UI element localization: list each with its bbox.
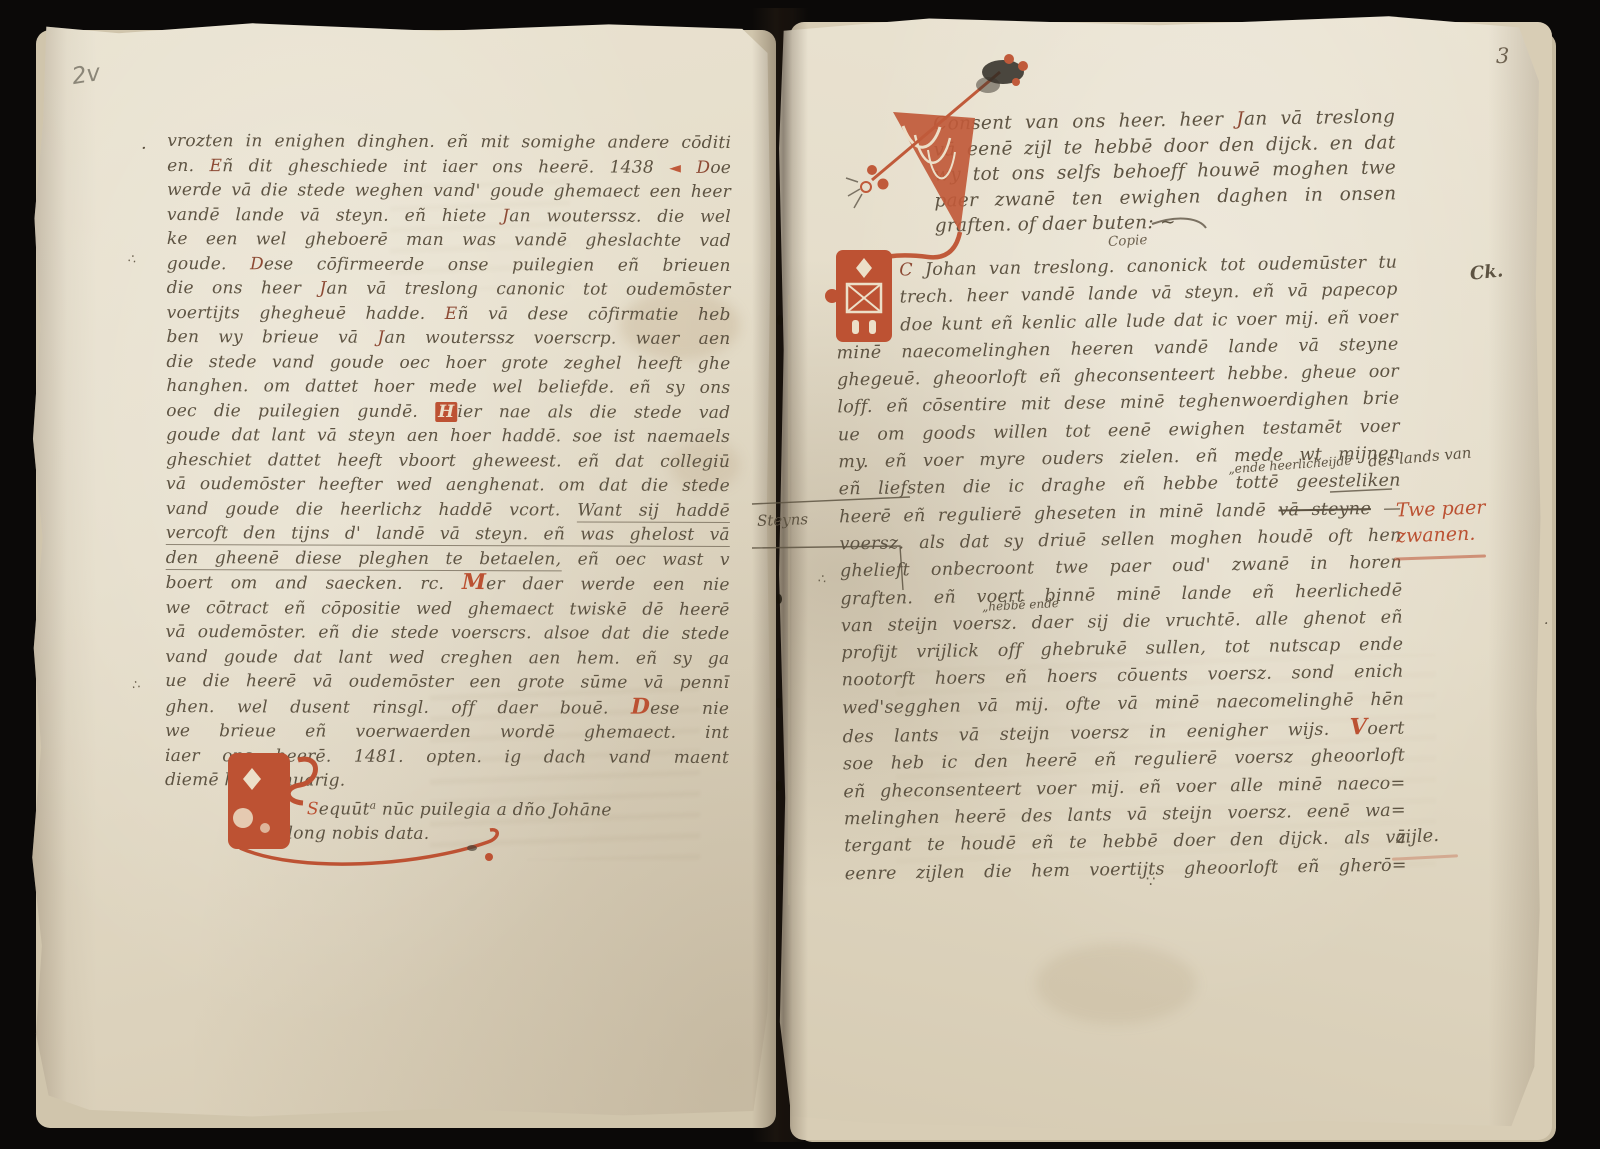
text-line: Sequūta nūc puilegia a dño Johāne xyxy=(165,793,729,823)
steyns-margin-note: Steyns xyxy=(757,510,809,530)
text-line: vā oudemōster heefter wed aenghenat. om … xyxy=(166,472,730,498)
margin-dot: · xyxy=(141,138,147,159)
text-line: ben wy brieue vā Jan wouterssz voerscrp.… xyxy=(166,325,730,351)
text-line: we brieue eñ voerwaerden wordē ghemaect.… xyxy=(165,719,729,745)
text-line: oec die puilegien gundē. Hier nae als di… xyxy=(166,399,730,425)
swans-margin-note-line1: Twe paer xyxy=(1396,496,1486,521)
left-page-text-column: vrozten in enighen dinghen. eñ mit somig… xyxy=(165,129,731,847)
text-line: ghen. wel dusent rinsgl. off daer bouē. … xyxy=(165,694,729,721)
page-number-right: 3 xyxy=(1496,44,1509,68)
bottom-dots-mark: ∴ xyxy=(1146,872,1156,890)
folio-number-left: 2v xyxy=(70,60,102,90)
text-line: diemē hiet Januarig. xyxy=(165,768,729,794)
text-line: goude. Dese cōfirmeerde onse puilegien e… xyxy=(167,252,731,278)
text-line: werde vā die stede weghen vand' goude gh… xyxy=(167,178,731,204)
text-line: die ons heer Jan vā treslong canonic tot… xyxy=(167,276,731,302)
text-line: we cōtract eñ cōpositie wed ghemaect twi… xyxy=(166,596,730,622)
text-line: vand goude die heerlichz haddē vcort. Wa… xyxy=(166,497,730,523)
manuscript-photo: vrozten in enighen dinghen. eñ mit somig… xyxy=(0,0,1600,1149)
monogram-mark: Ck. xyxy=(1469,260,1504,284)
text-line: ue die heerē vā oudemōster een grote sūm… xyxy=(165,669,729,695)
text-line: goude dat lant vā steyn aen hoer haddē. … xyxy=(166,423,730,449)
text-line: hanghen. om dattet hoer mede wel beliefd… xyxy=(166,374,730,400)
text-line: treslong nobis data. xyxy=(165,821,729,847)
text-line: gheschiet dattet heeft vboort gheweest. … xyxy=(166,448,730,474)
text-line: en. Eñ dit gheschiede int iaer ons heerē… xyxy=(167,154,731,180)
zijle-margin-note: zijle. xyxy=(1395,825,1439,848)
paper-stain xyxy=(1036,944,1196,1024)
right-page-heading: Consent van ons heer. heer Jan vā treslo… xyxy=(933,104,1397,239)
right-page-text-column: C Johan van treslong. canonick tot oudem… xyxy=(835,250,1407,889)
text-line: vā oudemōster. eñ die stede voerscrs. al… xyxy=(165,620,729,646)
text-line: voertijts ghegheuē hadde. Eñ vā dese cōf… xyxy=(167,301,731,327)
text-line: die stede vand goude oec hoer grote zegh… xyxy=(166,350,730,376)
text-line: vercoft den tijns d' landē vā steyn. eñ … xyxy=(166,521,730,547)
text-line: iaer ons heerē. 1481. opten. ig dach van… xyxy=(165,744,729,770)
swans-margin-note-line2: zwanen. xyxy=(1396,523,1476,548)
text-line: boert om and saecken. rc. Mer daer werde… xyxy=(166,570,730,597)
binding-gutter xyxy=(752,8,808,1142)
copie-label: Copie xyxy=(1108,232,1148,250)
text-line: vrozten in enighen dinghen. eñ mit somig… xyxy=(167,129,731,155)
text-line: vandē lande vā steyn. eñ hiete Jan woute… xyxy=(167,203,731,229)
text-line: vand goude dat lant wed creghen aen hem.… xyxy=(165,645,729,671)
text-line: den gheenē diese pleghen te betaelen, eñ… xyxy=(166,546,730,572)
right-page: Consent van ons heer. heer Jan vā treslo… xyxy=(776,14,1542,1134)
text-line: ke een wel gheboerē man was vandē ghesla… xyxy=(167,227,731,253)
left-page: vrozten in enighen dinghen. eñ mit somig… xyxy=(30,20,772,1122)
edge-speck: · xyxy=(1544,616,1548,632)
